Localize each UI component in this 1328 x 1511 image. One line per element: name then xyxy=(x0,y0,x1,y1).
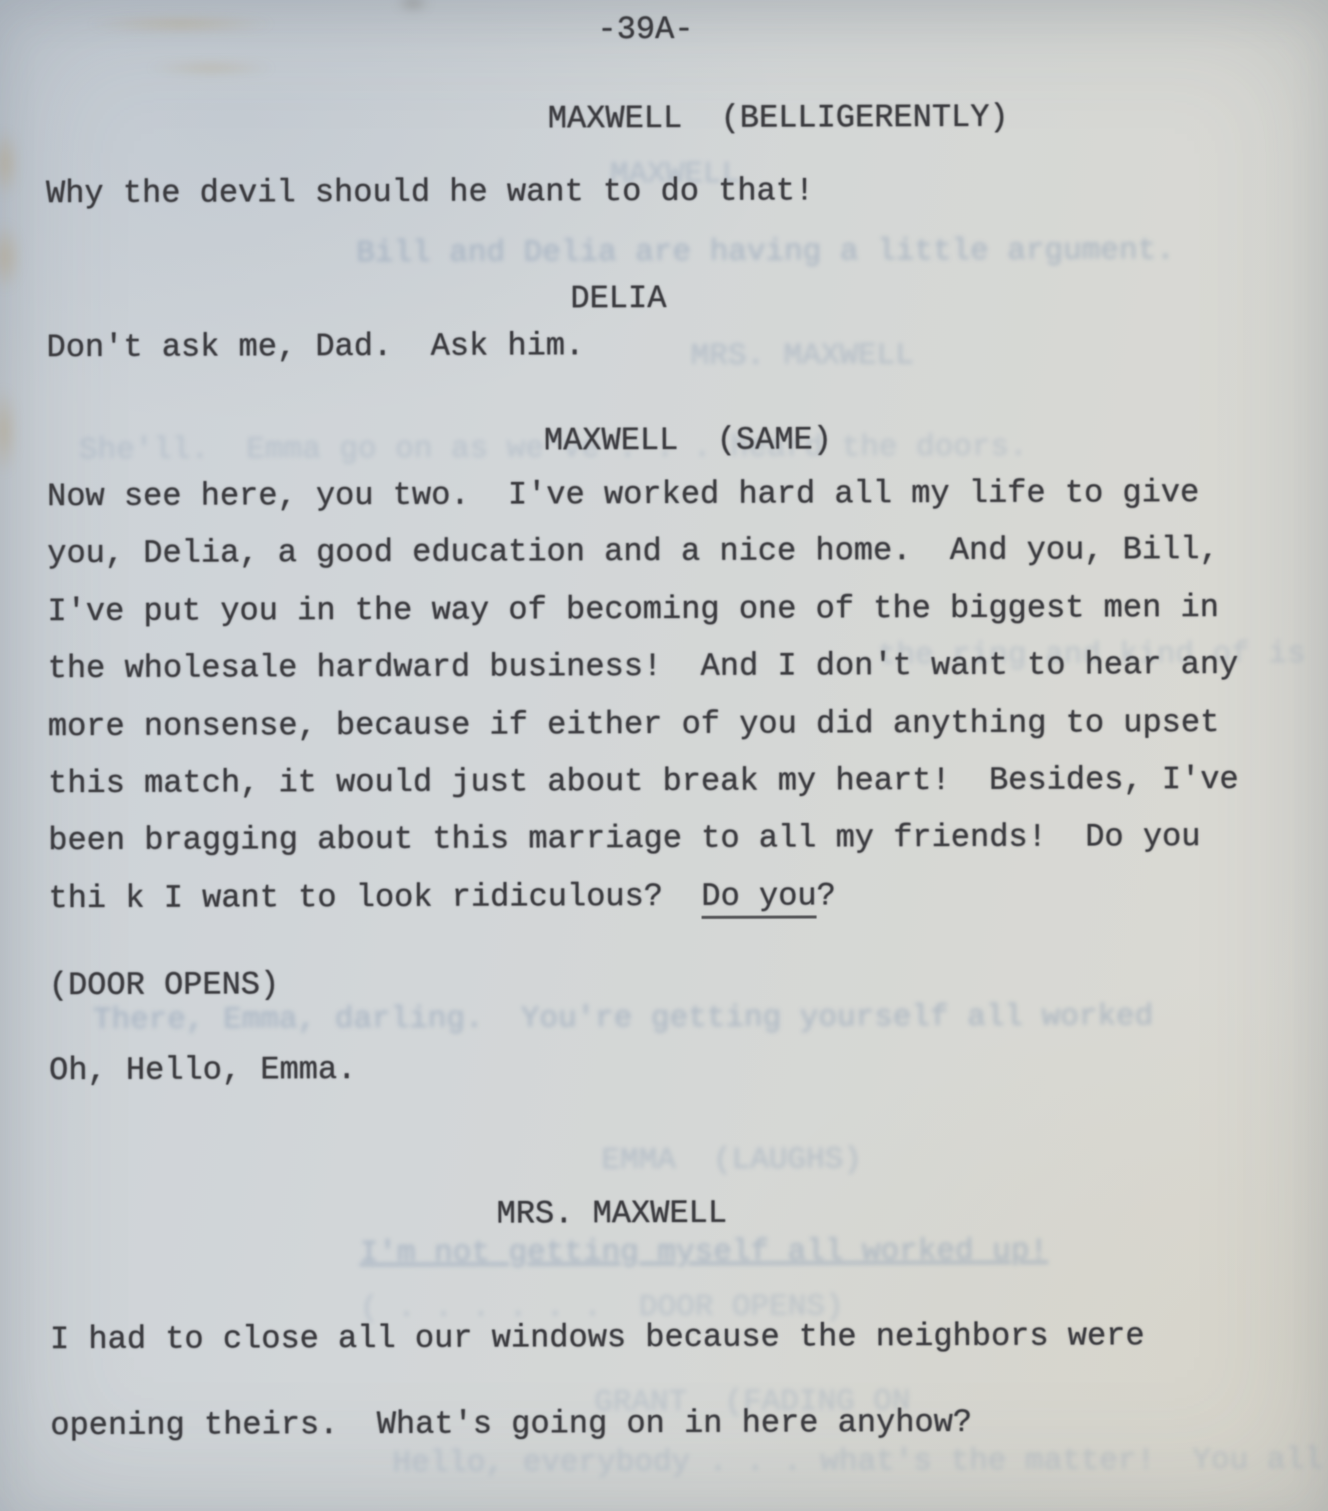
dialogue-maxwell-2-line1: Now see here, you two. I've worked hard … xyxy=(47,475,1199,516)
dialogue-maxwell-2-line4: the wholesale hardward business! And I d… xyxy=(48,647,1239,688)
ghost-text: Hello, everybody . . . what's the matter… xyxy=(392,1443,1328,1481)
dialogue-mrs-maxwell-line1: I had to close all our windows because t… xyxy=(50,1318,1145,1359)
dialogue-text: ? xyxy=(817,877,836,914)
dialogue-maxwell-1: Why the devil should he want to do that! xyxy=(46,173,814,212)
character-cue-maxwell-1: MAXWELL (BELLIGERENTLY) xyxy=(548,100,1009,138)
ghost-text: I'm not getting myself all worked up! xyxy=(360,1235,1048,1271)
dialogue-text: thi k I want to look ridiculous? xyxy=(48,878,701,917)
ghost-text: There, Emma, darling. You're getting you… xyxy=(93,1000,1153,1038)
ghost-text: Bill and Delia are having a little argum… xyxy=(356,234,1175,271)
dialogue-delia: Don't ask me, Dad. Ask him. xyxy=(47,328,585,367)
character-cue-delia: DELIA xyxy=(570,281,666,318)
character-cue-maxwell-2: MAXWELL (SAME) xyxy=(544,422,832,460)
dialogue-maxwell-2-line8: thi k I want to look ridiculous? Do you? xyxy=(48,878,835,918)
script-page: MAXWELL Bill and Delia are having a litt… xyxy=(0,0,1328,1511)
page-number: -39A- xyxy=(597,12,693,49)
sound-direction-door-opens: (DOOR OPENS) xyxy=(49,967,280,1005)
dialogue-maxwell-2-line2: you, Delia, a good education and a nice … xyxy=(47,532,1219,573)
page-content: MAXWELL Bill and Delia are having a litt… xyxy=(0,0,1328,1511)
dialogue-maxwell-2-line6: this match, it would just about break my… xyxy=(48,762,1239,803)
dialogue-maxwell-2-line5: more nonsense, because if either of you … xyxy=(48,705,1220,746)
dialogue-maxwell-2-line7: been bragging about this marriage to all… xyxy=(48,819,1200,860)
character-cue-mrs-maxwell: MRS. MAXWELL xyxy=(497,1196,728,1234)
dialogue-mrs-maxwell-line2: opening theirs. What's going on in here … xyxy=(50,1405,972,1445)
dialogue-maxwell-3: Oh, Hello, Emma. xyxy=(49,1052,356,1090)
ghost-text: MRS. MAXWELL xyxy=(691,339,914,374)
ghost-text: EMMA (LAUGHS) xyxy=(601,1143,862,1178)
dialogue-maxwell-2-line3: I've put you in the way of becoming one … xyxy=(47,590,1219,631)
underlined-text: Do you xyxy=(701,877,816,918)
